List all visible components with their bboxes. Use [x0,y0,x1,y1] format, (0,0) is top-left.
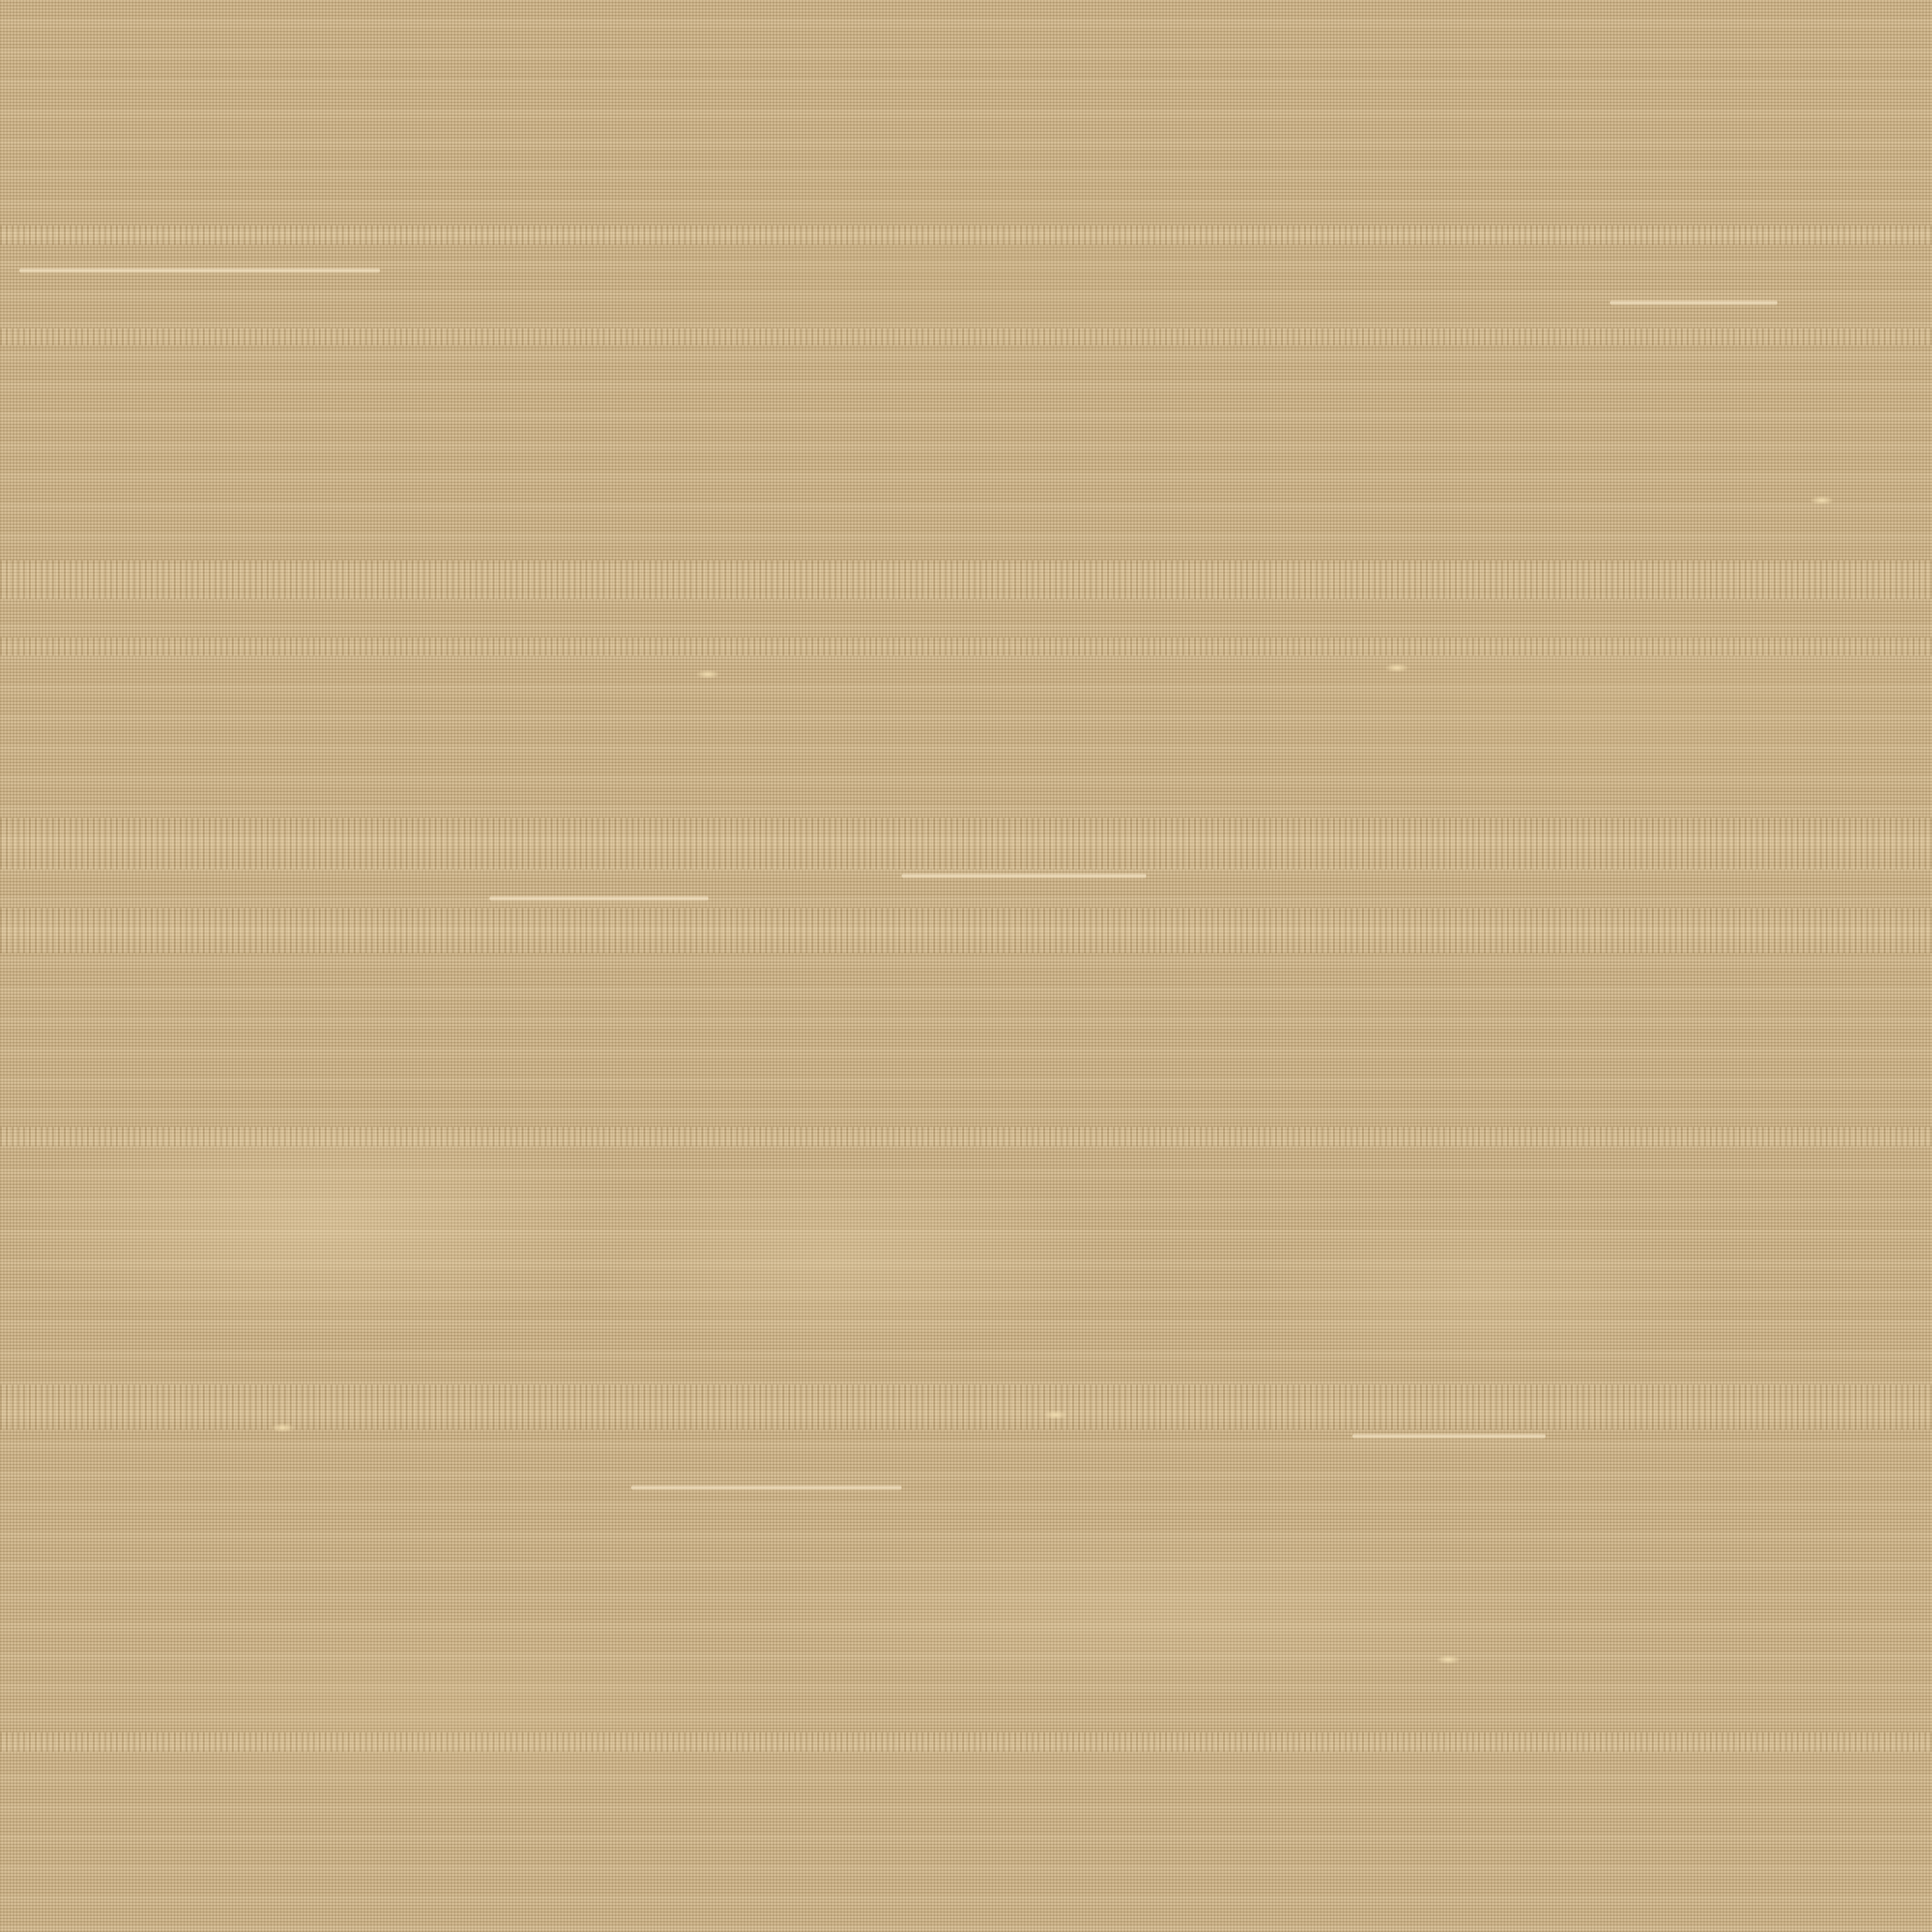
slub-thread [902,873,1146,879]
slub-band [0,638,1932,656]
slub-thread [1352,1433,1546,1439]
slub-band [0,1127,1932,1146]
slub-nub [270,1423,295,1432]
slub-band [0,225,1932,245]
slub-thread [1610,299,1777,306]
slub-nub [696,670,720,679]
slub-band [0,1385,1932,1430]
slub-nub [1436,1655,1461,1664]
slub-band [0,908,1932,953]
mottle-layer [0,0,1932,1932]
slub-thread [19,267,380,274]
slub-thread [631,1484,902,1491]
slub-nub [1043,1410,1068,1419]
slub-band [0,328,1932,345]
slub-nub [1385,663,1409,672]
slub-thread [489,895,708,902]
slub-band [0,1732,1932,1752]
slub-band [0,560,1932,599]
slub-nub [1810,496,1834,505]
slub-band [0,818,1932,869]
silk-fabric-texture [0,0,1932,1932]
